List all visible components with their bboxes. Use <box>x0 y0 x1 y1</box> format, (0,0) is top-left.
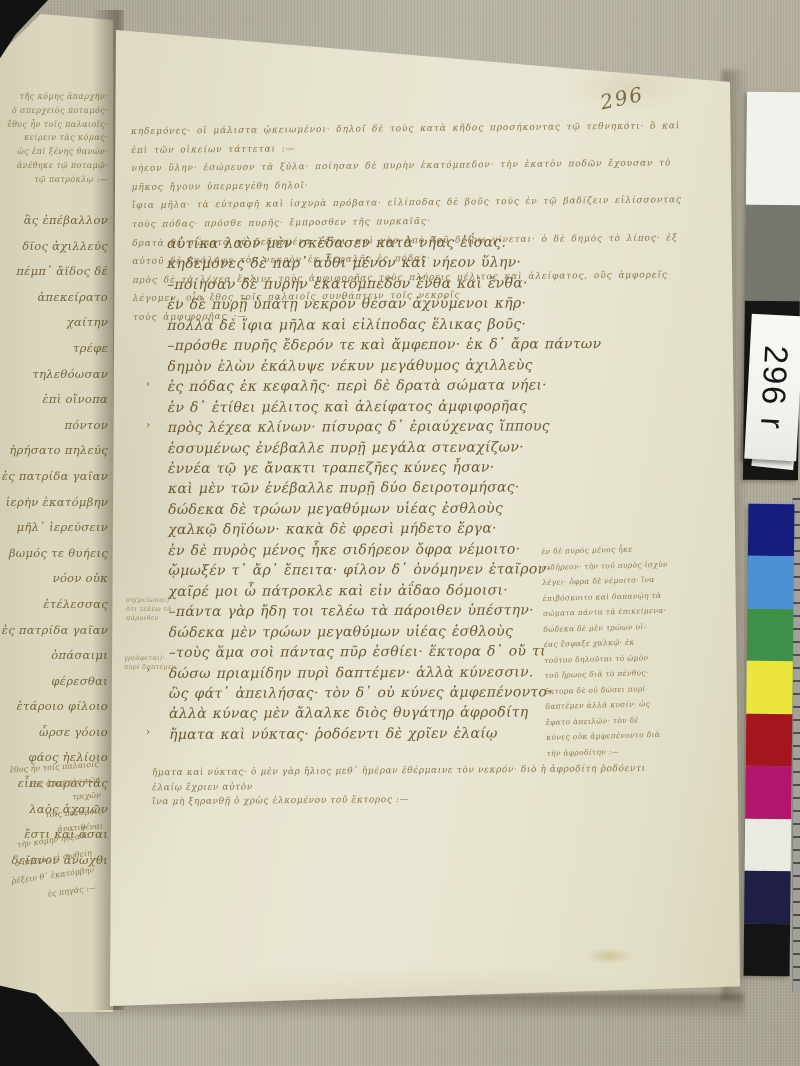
color-patch-green <box>747 609 794 662</box>
diple-mark: › <box>146 727 150 738</box>
color-patch-darknavy <box>744 871 791 924</box>
diple-mark: › <box>146 420 150 431</box>
color-patch-red <box>746 714 793 767</box>
color-patch-navy <box>748 504 795 557</box>
manuscript-page: 296 κηδεμόνες· οἱ μάλιστα ᾠκειωμένοι· δη… <box>108 28 742 1010</box>
margin-note-left-1: ση(μείωσαι) ὅτι τελέω τὰ πάροιθεν <box>126 596 172 623</box>
folio-label-text: 296 r <box>753 344 795 431</box>
color-patch-white <box>745 818 792 871</box>
color-patch-blue <box>747 556 794 609</box>
diple-mark: › <box>146 379 150 390</box>
margin-scholion-right: ἐν δὲ πυρὸς μένος ἧκε σιδήρεον· τὴν τοῦ … <box>541 540 697 761</box>
grayscale-gray-patch <box>745 205 800 302</box>
color-patch-black <box>744 923 791 976</box>
color-calibration-strip <box>744 504 795 976</box>
folio-number-ink: 296 <box>598 82 646 115</box>
folio-label: 296 r <box>744 314 800 462</box>
manuscript-photo: { "calibration": { "label_text": "296 r"… <box>0 0 800 1066</box>
color-patch-magenta <box>745 766 792 819</box>
color-patch-yellow <box>746 661 793 714</box>
margin-note-left-2: γρ(άφεται)· πυρὶ δαπτέμεν <box>124 654 176 672</box>
ink-smudge <box>585 948 633 964</box>
scholia-bottom-block: ἤματα καὶ νύκτας· ὁ μὲν γὰρ ἥλιος μεθ᾽ ἡ… <box>152 762 672 810</box>
verso-scholia-fragments-bottom-b: τὴν κόμην ηὔξατο ὁ πηλεὺς εἰ σωθείη ῥέξε… <box>5 827 97 908</box>
grayscale-white-patch <box>746 92 800 206</box>
